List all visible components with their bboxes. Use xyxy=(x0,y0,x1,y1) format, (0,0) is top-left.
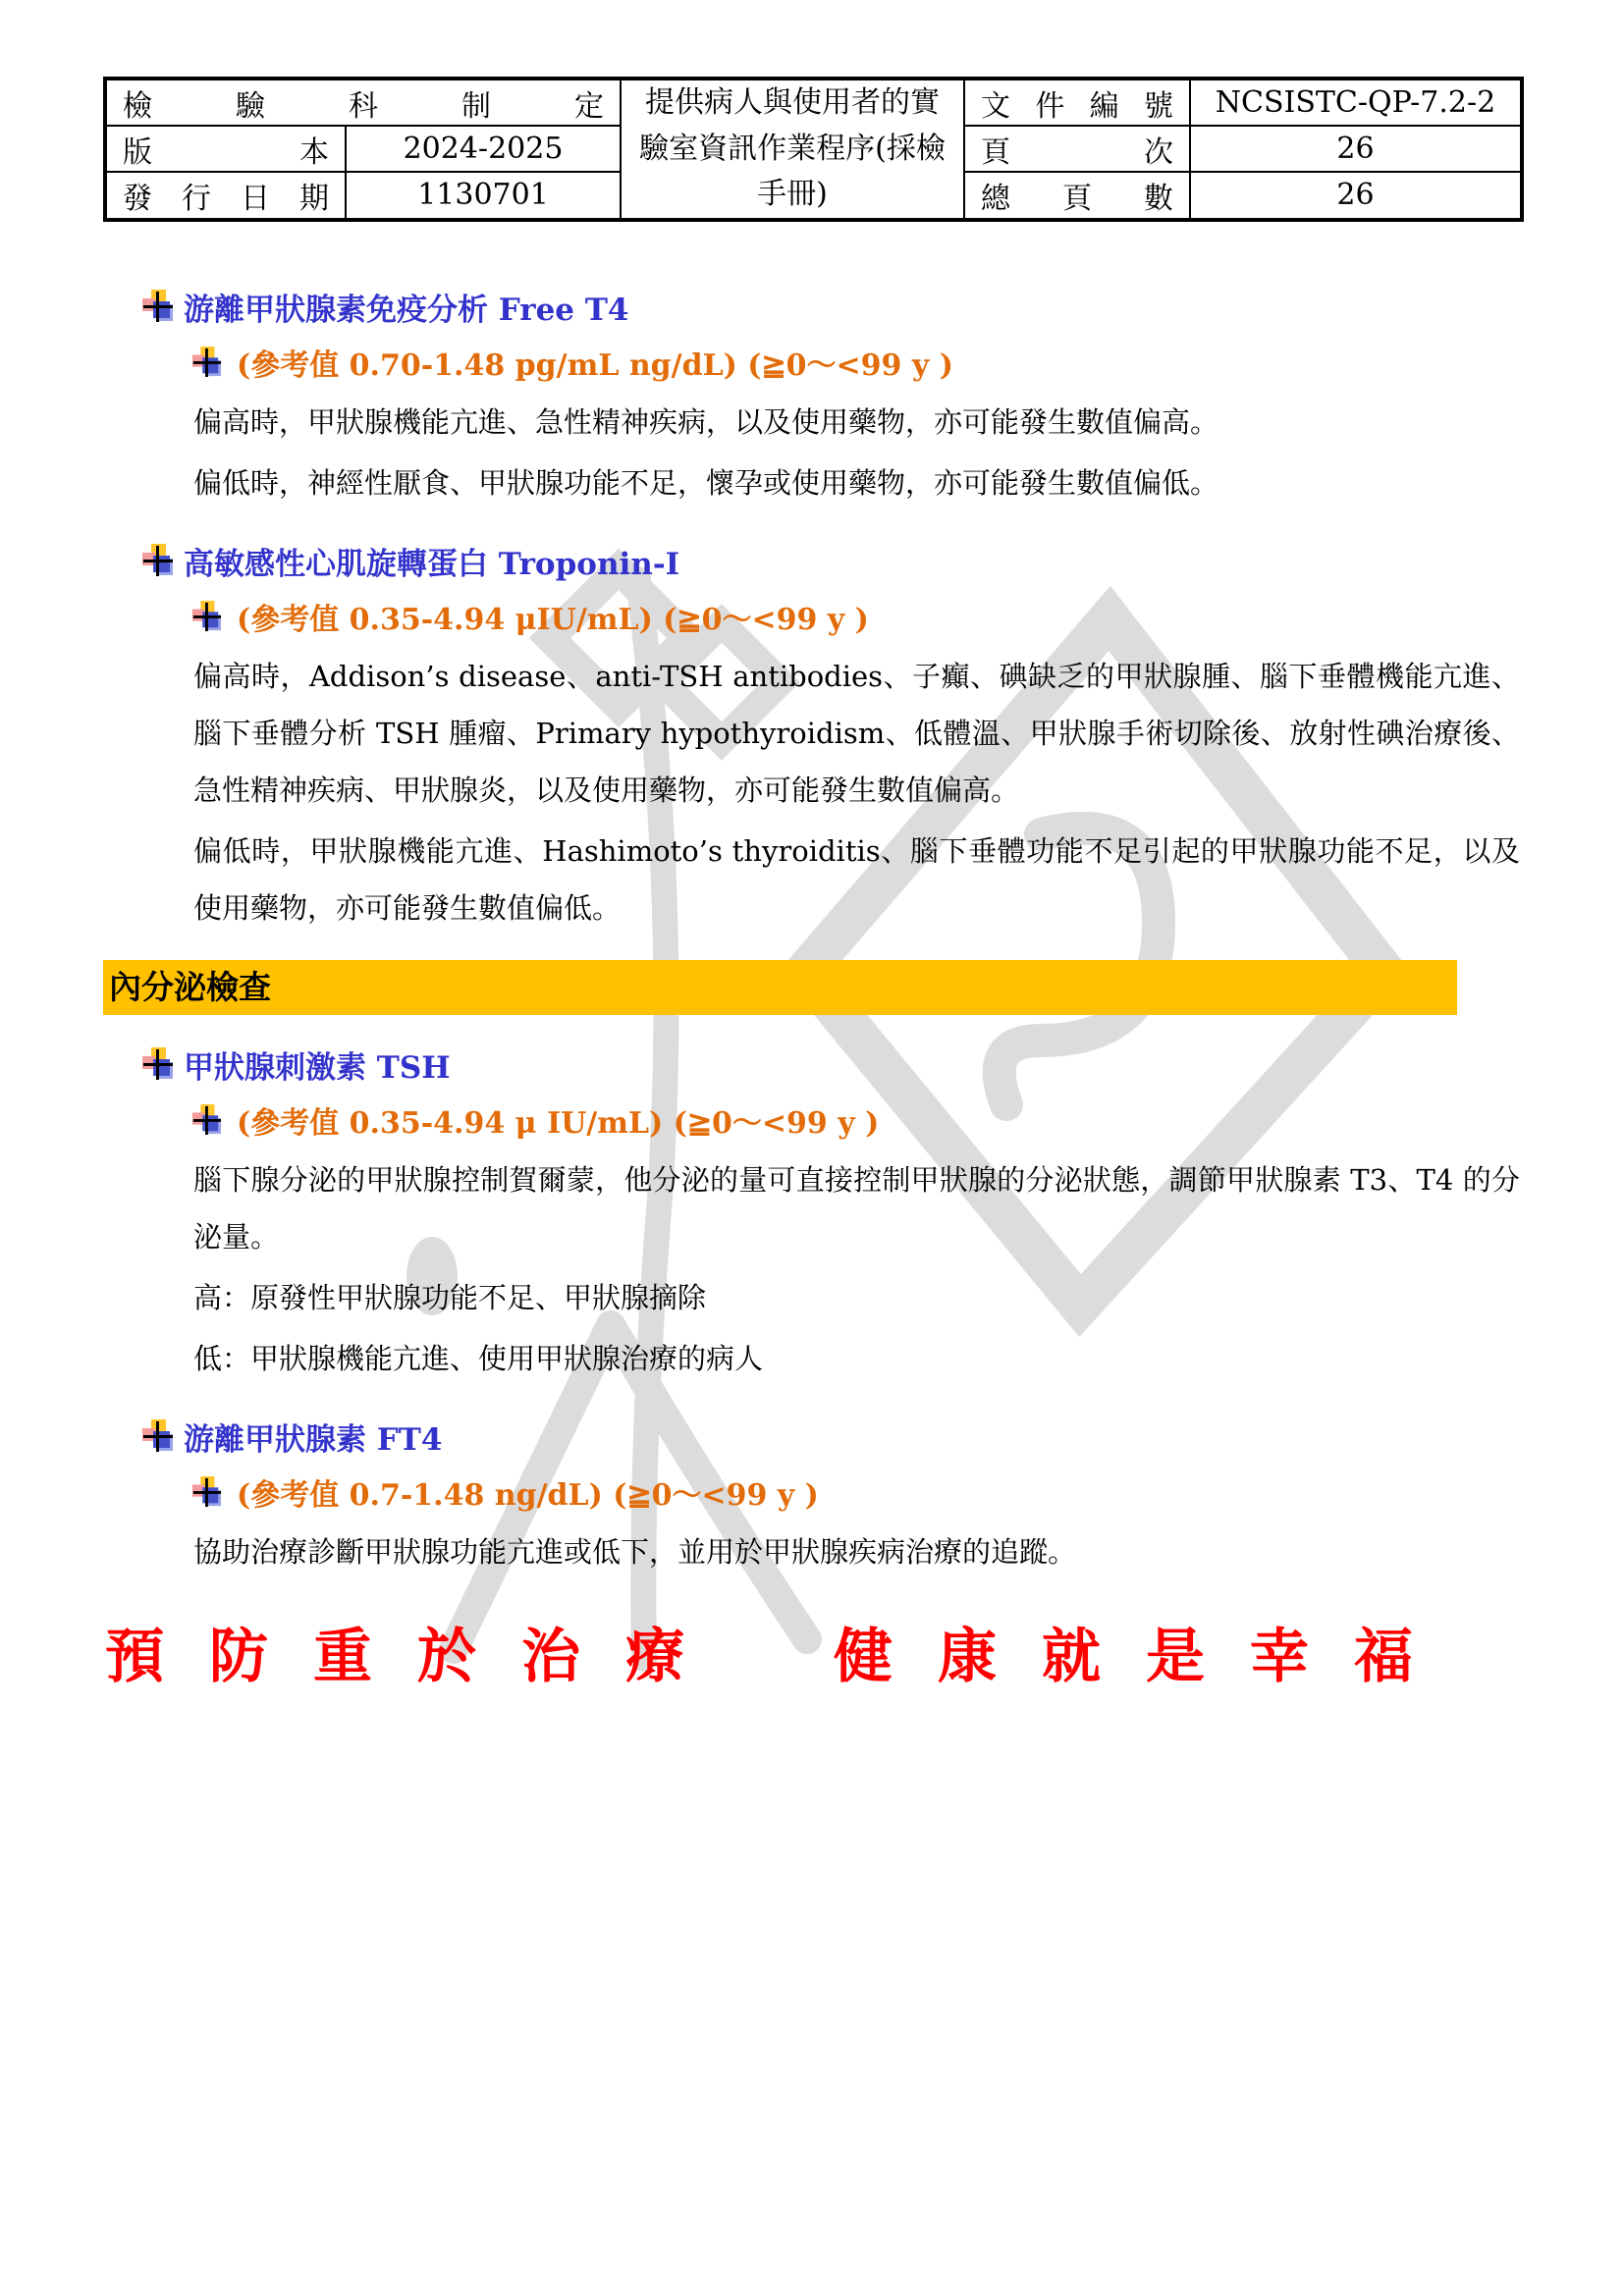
category-bar-endocrine: 內分泌檢查 xyxy=(103,960,1457,1015)
colored-squares-bullet-icon xyxy=(192,1476,220,1508)
section-paragraph: 偏高時，甲狀腺機能亢進、急性精神疾病，以及使用藥物，亦可能發生數值偏高。 xyxy=(193,394,1520,451)
doc-number-label: 文件編號 xyxy=(964,79,1190,126)
colored-squares-bullet-icon xyxy=(142,1047,172,1081)
page-number-label: 頁次 xyxy=(964,126,1190,172)
dept-label: 檢驗科制定 xyxy=(105,79,621,126)
version-label: 版本 xyxy=(105,126,346,172)
section-paragraph: 腦下腺分泌的甲狀腺控制賀爾蒙，他分泌的量可直接控制甲狀腺的分泌狀態，調節甲狀腺素… xyxy=(193,1151,1520,1265)
reference-range: (參考值 0.70-1.48 pg/mL ng/dL) (≧0～<99 y ) xyxy=(237,341,953,384)
colored-squares-bullet-icon xyxy=(142,544,172,577)
section-paragraph: 偏低時，神經性厭食、甲狀腺功能不足，懷孕或使用藥物，亦可能發生數值偏低。 xyxy=(193,454,1520,511)
issue-date-label: 發行日期 xyxy=(105,172,346,219)
colored-squares-bullet-icon xyxy=(192,347,220,378)
section-title: 游離甲狀腺素免疫分析 Free T4 xyxy=(184,285,628,329)
total-pages-label: 總頁數 xyxy=(964,172,1190,219)
section-paragraph: 協助治療診斷甲狀腺功能亢進或低下，並用於甲狀腺疾病治療的追蹤。 xyxy=(193,1523,1520,1580)
reference-range: (參考值 0.35-4.94 μIU/mL) (≧0～<99 y ) xyxy=(237,595,869,638)
section-paragraph: 高：原發性甲狀腺功能不足、甲狀腺摘除 xyxy=(193,1269,1520,1326)
colored-squares-bullet-icon xyxy=(142,1419,172,1453)
reference-range: (參考值 0.7-1.48 ng/dL) (≧0～<99 y ) xyxy=(237,1470,819,1514)
section-paragraph: 低：甲狀腺機能亢進、使用甲狀腺治療的病人 xyxy=(193,1330,1520,1387)
page-number-value: 26 xyxy=(1190,126,1522,172)
colored-squares-bullet-icon xyxy=(142,290,172,323)
section-troponin-i: 高敏感性心肌旋轉蛋白 Troponin-I (參考值 0.35-4.94 μIU… xyxy=(103,539,1520,936)
document-page: 檢驗科制定 提供病人與使用者的實驗室資訊作業程序(採檢手冊) 文件編號 NCSI… xyxy=(103,77,1520,1694)
section-paragraph: 偏低時，甲狀腺機能亢進、Hashimoto’s thyroiditis、腦下垂體… xyxy=(193,823,1520,936)
health-slogan: 預防重於治療 健康就是幸福 xyxy=(105,1610,1520,1694)
section-tsh: 甲狀腺刺激素 TSH (參考值 0.35-4.94 μ IU/mL) (≧0～<… xyxy=(103,1042,1520,1387)
reference-range: (參考值 0.35-4.94 μ IU/mL) (≧0～<99 y ) xyxy=(237,1098,879,1142)
total-pages-value: 26 xyxy=(1190,172,1522,219)
issue-date-value: 1130701 xyxy=(346,172,621,219)
section-title: 高敏感性心肌旋轉蛋白 Troponin-I xyxy=(184,539,679,583)
section-paragraph: 偏高時，Addison’s disease、anti-TSH antibodie… xyxy=(193,648,1520,819)
colored-squares-bullet-icon xyxy=(192,601,220,632)
section-title: 游離甲狀腺素 FT4 xyxy=(184,1415,442,1459)
document-title: 提供病人與使用者的實驗室資訊作業程序(採檢手冊) xyxy=(621,79,964,220)
section-free-t4: 游離甲狀腺素免疫分析 Free T4 (參考值 0.70-1.48 pg/mL … xyxy=(103,285,1520,511)
section-title: 甲狀腺刺激素 TSH xyxy=(184,1042,451,1087)
colored-squares-bullet-icon xyxy=(192,1104,220,1136)
section-ft4: 游離甲狀腺素 FT4 (參考值 0.7-1.48 ng/dL) (≧0～<99 … xyxy=(103,1415,1520,1580)
doc-number-value: NCSISTC-QP-7.2-2 xyxy=(1190,79,1522,126)
version-value: 2024-2025 xyxy=(346,126,621,172)
document-header-table: 檢驗科制定 提供病人與使用者的實驗室資訊作業程序(採檢手冊) 文件編號 NCSI… xyxy=(103,77,1524,222)
